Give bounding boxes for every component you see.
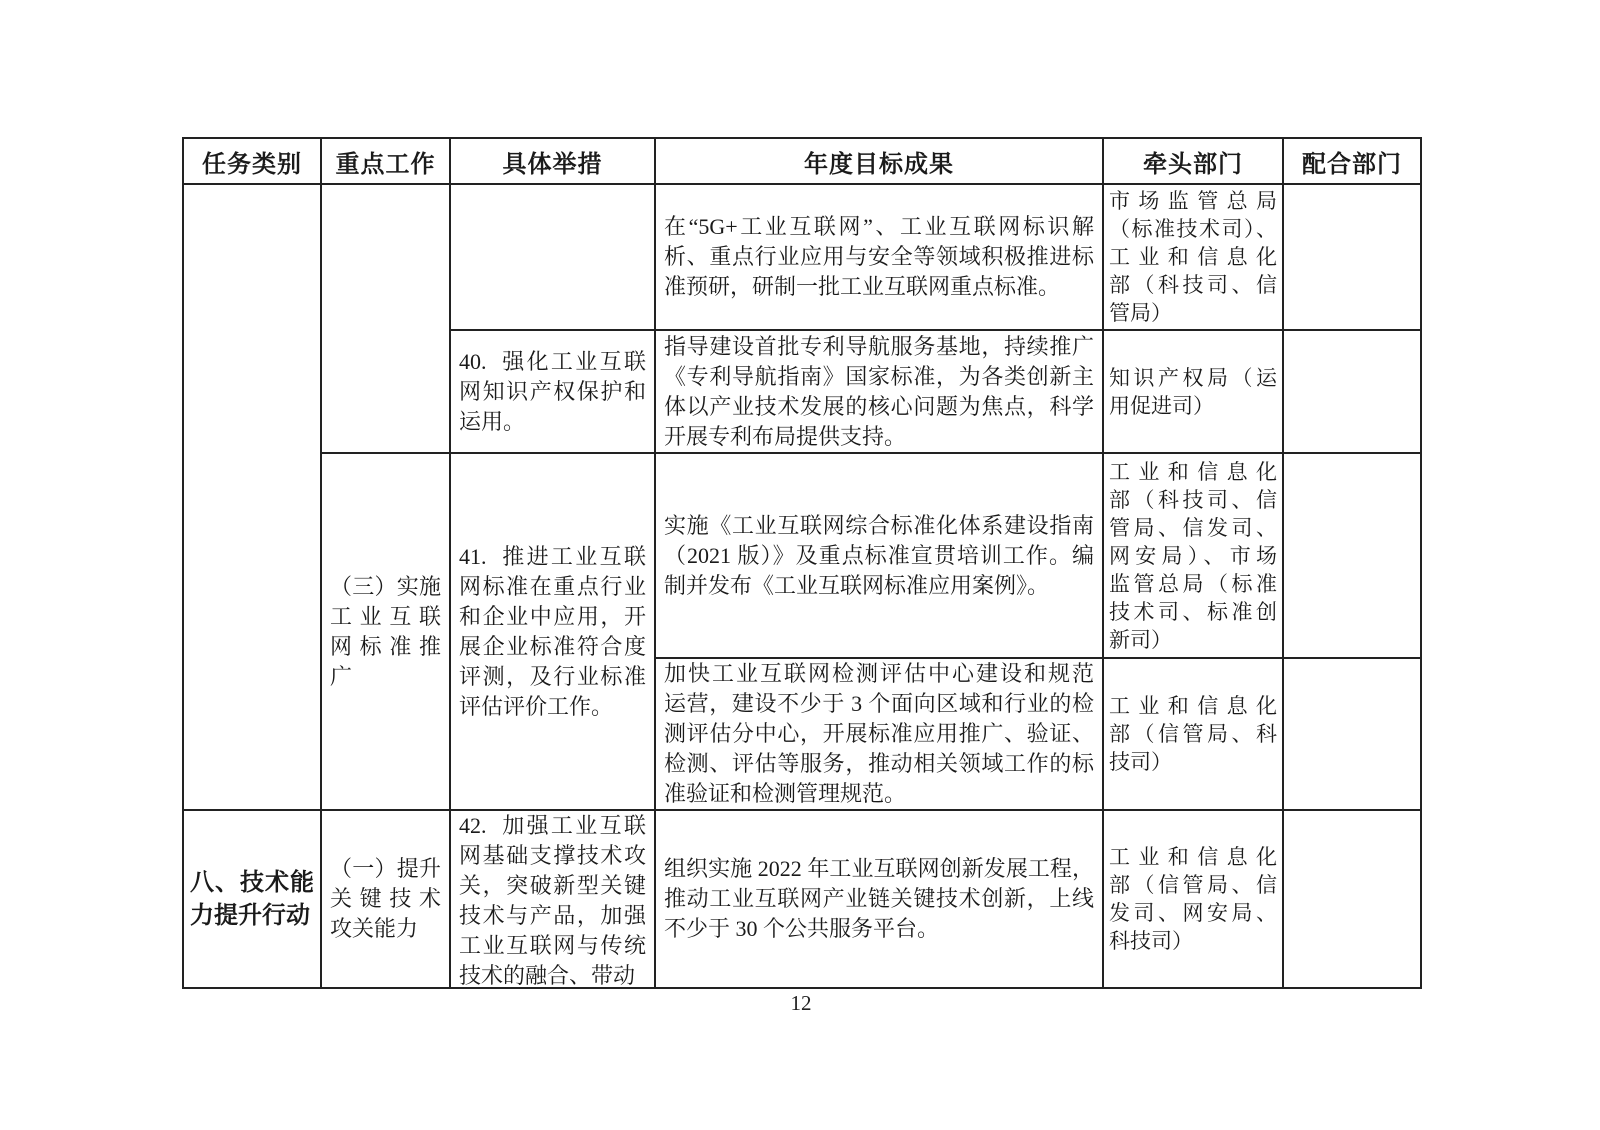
cell-annual-goal-patent-navigation: 指导建设首批专利导航服务基地，持续推广《专利导航指南》国家标准，为各类创新主体以… bbox=[655, 330, 1103, 453]
key-work-text: （一）提升关键技术攻关能力 bbox=[322, 854, 449, 944]
header-key-work: 重点工作 bbox=[321, 138, 450, 184]
header-task-category: 任务类别 bbox=[183, 138, 321, 184]
lead-department-text: 市场监管总局（标准技术司）、工业和信息化部（科技司、信管局） bbox=[1104, 187, 1282, 327]
table-row: （三）实施工业互联网标准推广 41. 推进工业互联网标准在重点行业和企业中应用，… bbox=[183, 453, 1421, 658]
cell-lead-department-miit-4: 工业和信息化部（信管局、信发司、网安局、科技司） bbox=[1103, 810, 1283, 988]
annual-goal-text: 组织实施 2022 年工业互联网创新发展工程，推动工业互联网产业链关键技术创新，… bbox=[656, 854, 1102, 944]
table-header-row: 任务类别 重点工作 具体举措 年度目标成果 牵头部门 配合部门 bbox=[183, 138, 1421, 184]
header-support-department: 配合部门 bbox=[1283, 138, 1421, 184]
cell-support-department-empty bbox=[1283, 810, 1421, 988]
cell-key-work-continued-empty bbox=[321, 184, 450, 453]
cell-measure-40: 40. 强化工业互联网知识产权保护和运用。 bbox=[450, 330, 655, 453]
cell-annual-goal-testing-centers: 加快工业互联网检测评估中心建设和规范运营，建设不少于 3 个面向区域和行业的检测… bbox=[655, 658, 1103, 810]
cell-measure-41: 41. 推进工业互联网标准在重点行业和企业中应用，开展企业标准符合度评测，及行业… bbox=[450, 453, 655, 810]
header-annual-goal: 年度目标成果 bbox=[655, 138, 1103, 184]
lead-department-text: 工业和信息化部（科技司、信管局、信发司、网安局）、市场监管总局（标准技术司、标准… bbox=[1104, 458, 1282, 654]
cell-annual-goal-standardization-guide: 实施《工业互联网综合标准化体系建设指南（2021 版）》及重点标准宣贯培训工作。… bbox=[655, 453, 1103, 658]
cell-support-department-empty bbox=[1283, 453, 1421, 658]
lead-department-text: 工业和信息化部（信管局、科技司） bbox=[1104, 692, 1282, 776]
page-number: 12 bbox=[182, 991, 1420, 1016]
table-row: 在“5G+工业互联网”、工业互联网标识解析、重点行业应用与安全等领域积极推进标准… bbox=[183, 184, 1421, 330]
cell-support-department-empty bbox=[1283, 330, 1421, 453]
annual-goal-text: 指导建设首批专利导航服务基地，持续推广《专利导航指南》国家标准，为各类创新主体以… bbox=[656, 332, 1102, 452]
header-lead-department: 牵头部门 bbox=[1103, 138, 1283, 184]
header-measures: 具体举措 bbox=[450, 138, 655, 184]
lead-department-text: 工业和信息化部（信管局、信发司、网安局、科技司） bbox=[1104, 843, 1282, 955]
cell-support-department-empty bbox=[1283, 658, 1421, 810]
measure-text: 40. 强化工业互联网知识产权保护和运用。 bbox=[451, 347, 654, 437]
task-category-text: 八、技术能力提升行动 bbox=[184, 866, 320, 932]
measure-text: 41. 推进工业互联网标准在重点行业和企业中应用，开展企业标准符合度评测，及行业… bbox=[451, 542, 654, 722]
measure-text: 42. 加强工业互联网基础支撑技术攻关，突破新型关键技术与产品，加强工业互联网与… bbox=[451, 811, 654, 985]
work-plan-table: 任务类别 重点工作 具体举措 年度目标成果 牵头部门 配合部门 在“5G+工业互… bbox=[182, 137, 1422, 989]
cell-key-work-3-standards-promotion: （三）实施工业互联网标准推广 bbox=[321, 453, 450, 810]
cell-annual-goal-innovation-project: 组织实施 2022 年工业互联网创新发展工程，推动工业互联网产业链关键技术创新，… bbox=[655, 810, 1103, 988]
cell-lead-department-miit-samr: 工业和信息化部（科技司、信管局、信发司、网安局）、市场监管总局（标准技术司、标准… bbox=[1103, 453, 1283, 658]
cell-task-category-continued-empty bbox=[183, 184, 321, 810]
cell-measure-empty bbox=[450, 184, 655, 330]
annual-goal-text: 在“5G+工业互联网”、工业互联网标识解析、重点行业应用与安全等领域积极推进标准… bbox=[656, 212, 1102, 302]
cell-lead-department-samr: 市场监管总局（标准技术司）、工业和信息化部（科技司、信管局） bbox=[1103, 184, 1283, 330]
document-page: 任务类别 重点工作 具体举措 年度目标成果 牵头部门 配合部门 在“5G+工业互… bbox=[0, 0, 1600, 1130]
annual-goal-text: 实施《工业互联网综合标准化体系建设指南（2021 版）》及重点标准宣贯培训工作。… bbox=[656, 511, 1102, 601]
cell-lead-department-cnipa: 知识产权局（运用促进司） bbox=[1103, 330, 1283, 453]
cell-annual-goal-standards-preresearch: 在“5G+工业互联网”、工业互联网标识解析、重点行业应用与安全等领域积极推进标准… bbox=[655, 184, 1103, 330]
cell-lead-department-miit: 工业和信息化部（信管局、科技司） bbox=[1103, 658, 1283, 810]
cell-measure-42: 42. 加强工业互联网基础支撑技术攻关，突破新型关键技术与产品，加强工业互联网与… bbox=[450, 810, 655, 988]
cell-task-category-8: 八、技术能力提升行动 bbox=[183, 810, 321, 988]
key-work-text: （三）实施工业互联网标准推广 bbox=[322, 572, 449, 692]
table-row: 八、技术能力提升行动 （一）提升关键技术攻关能力 42. 加强工业互联网基础支撑… bbox=[183, 810, 1421, 988]
annual-goal-text: 加快工业互联网检测评估中心建设和规范运营，建设不少于 3 个面向区域和行业的检测… bbox=[656, 659, 1102, 809]
cell-support-department-empty bbox=[1283, 184, 1421, 330]
cell-key-work-1-key-technology: （一）提升关键技术攻关能力 bbox=[321, 810, 450, 988]
lead-department-text: 知识产权局（运用促进司） bbox=[1104, 364, 1282, 420]
